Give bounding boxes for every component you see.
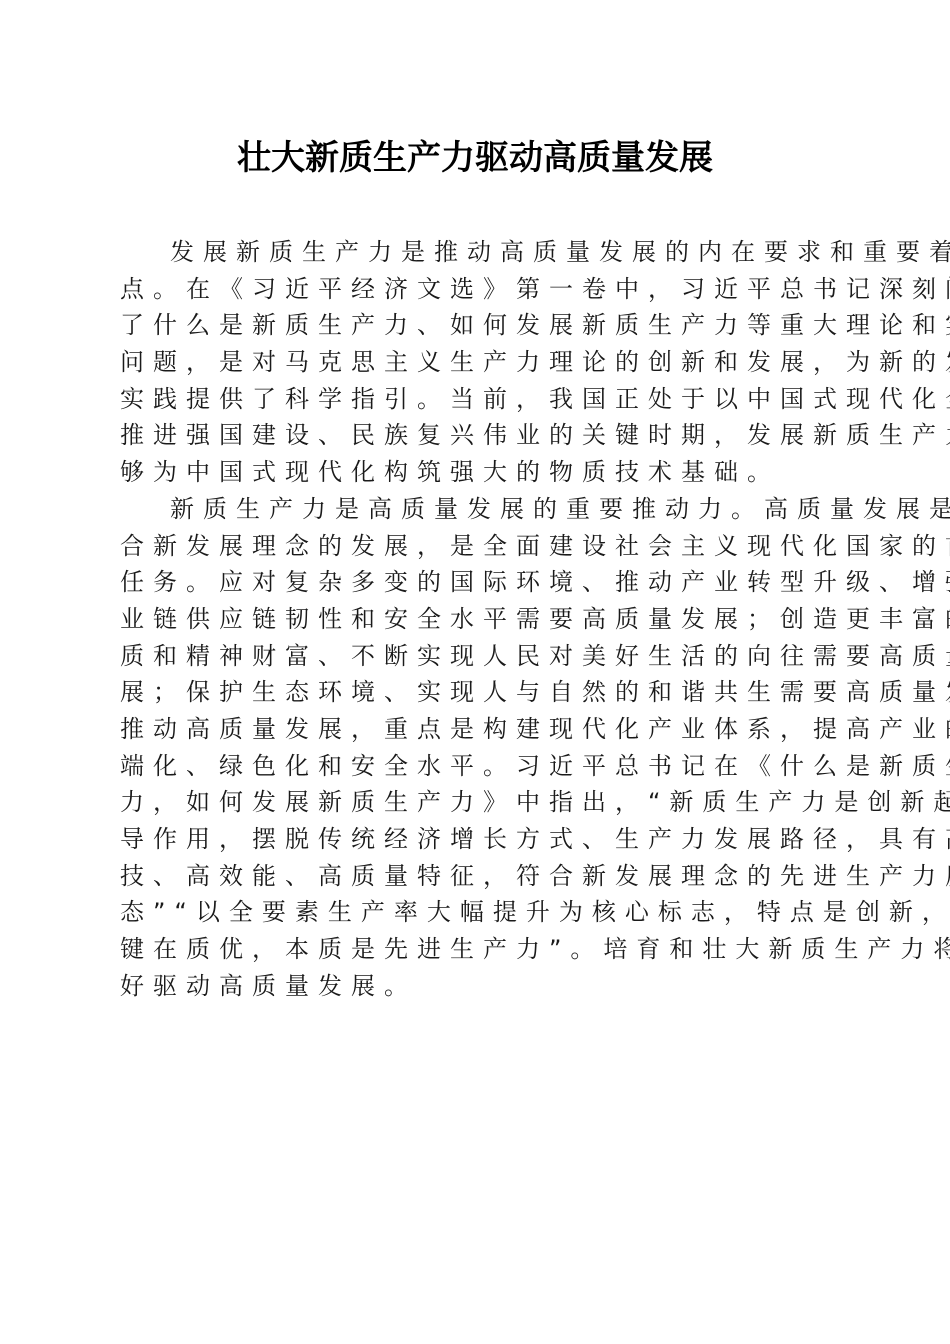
text-line: 推动高质量发展，重点是构建现代化产业体系，提高产业的高 <box>120 711 840 748</box>
text-line: 新质生产力是高质量发展的重要推动力。高质量发展是符 <box>120 491 840 528</box>
text-line: 任务。应对复杂多变的国际环境、推动产业转型升级、增强产 <box>120 564 840 601</box>
text-line: 问题，是对马克思主义生产力理论的创新和发展，为新的发展 <box>120 344 840 381</box>
text-line: 合新发展理念的发展，是全面建设社会主义现代化国家的首要 <box>120 528 840 565</box>
document-body: 发展新质生产力是推动高质量发展的内在要求和重要着力 点。在《习近平经济文选》第一… <box>120 234 840 1004</box>
text-line: 态”“以全要素生产率大幅提升为核心标志，特点是创新，关 <box>120 894 840 931</box>
text-line: 推进强国建设、民族复兴伟业的关键时期，发展新质生产力能 <box>120 417 840 454</box>
text-line: 发展新质生产力是推动高质量发展的内在要求和重要着力 <box>120 234 840 271</box>
paragraph-1: 发展新质生产力是推动高质量发展的内在要求和重要着力 点。在《习近平经济文选》第一… <box>120 234 840 491</box>
text-line: 质和精神财富、不断实现人民对美好生活的向往需要高质量发 <box>120 638 840 675</box>
text-line: 技、高效能、高质量特征，符合新发展理念的先进生产力质 <box>120 858 840 895</box>
text-line: 端化、绿色化和安全水平。习近平总书记在《什么是新质生产 <box>120 748 840 785</box>
text-line: 了什么是新质生产力、如何发展新质生产力等重大理论和实践 <box>120 307 840 344</box>
text-line: 点。在《习近平经济文选》第一卷中，习近平总书记深刻阐述 <box>120 271 840 308</box>
text-line: 力，如何发展新质生产力》中指出，“新质生产力是创新起主 <box>120 784 840 821</box>
text-line: 键在质优，本质是先进生产力”。培育和壮大新质生产力将更 <box>120 931 840 968</box>
text-line: 业链供应链韧性和安全水平需要高质量发展；创造更丰富的物 <box>120 601 840 638</box>
text-line: 够为中国式现代化构筑强大的物质技术基础。 <box>120 454 840 491</box>
text-line: 好驱动高质量发展。 <box>120 968 840 1005</box>
text-line: 导作用，摆脱传统经济增长方式、生产力发展路径，具有高科 <box>120 821 840 858</box>
paragraph-2: 新质生产力是高质量发展的重要推动力。高质量发展是符 合新发展理念的发展，是全面建… <box>120 491 840 1005</box>
document-page: 壮大新质生产力驱动高质量发展 发展新质生产力是推动高质量发展的内在要求和重要着力… <box>0 0 950 1344</box>
text-line: 展；保护生态环境、实现人与自然的和谐共生需要高质量发展。 <box>120 674 840 711</box>
document-title: 壮大新质生产力驱动高质量发展 <box>0 135 950 181</box>
text-line: 实践提供了科学指引。当前，我国正处于以中国式现代化全面 <box>120 381 840 418</box>
